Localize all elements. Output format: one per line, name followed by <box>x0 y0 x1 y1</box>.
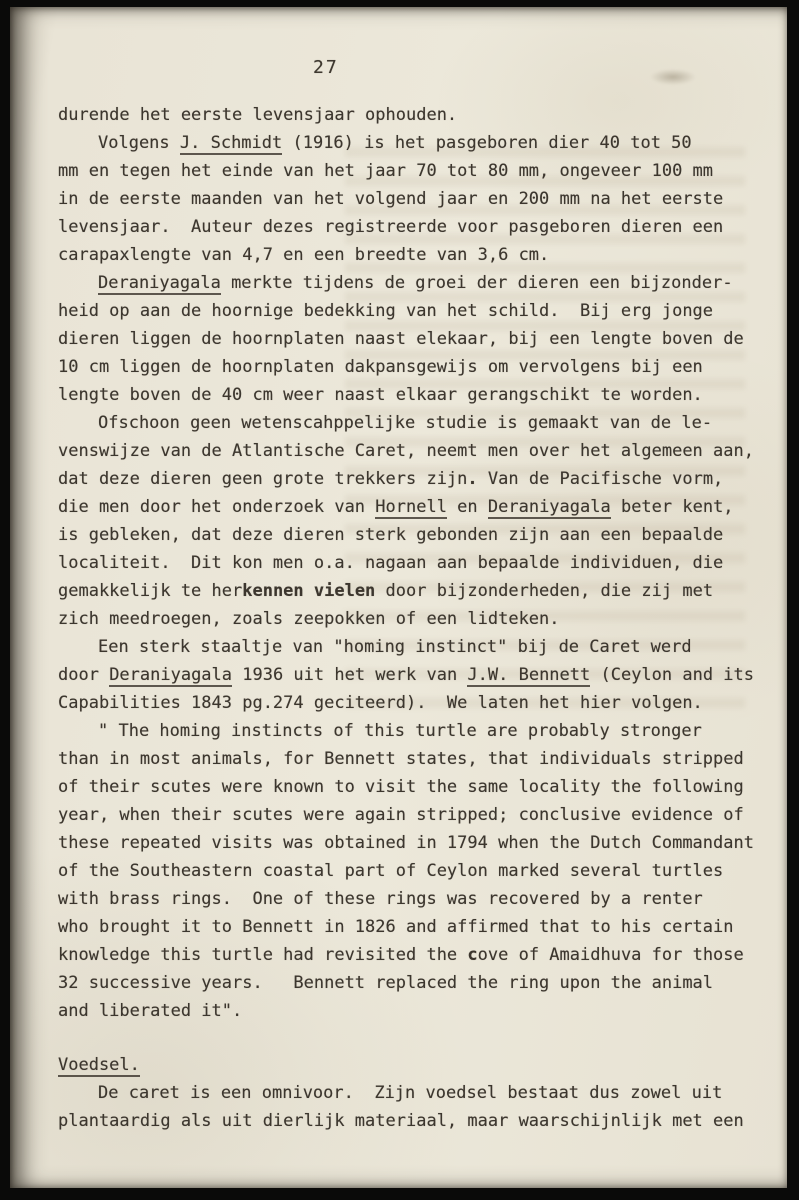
text-line: De caret is een omnivoor. Zijn voedsel b… <box>58 1079 764 1107</box>
text-line: Capabilities 1843 pg.274 geciteerd). We … <box>58 689 764 717</box>
text-line: gemakkelijk te herkennen vielen door bij… <box>58 577 764 605</box>
text-line: plantaardig als uit dierlijk materiaal, … <box>58 1107 764 1135</box>
text-line: who brought it to Bennett in 1826 and af… <box>58 913 764 941</box>
text-line: Deraniyagala merkte tijdens de groei der… <box>58 269 764 297</box>
text-line: mm en tegen het einde van het jaar 70 to… <box>58 157 764 185</box>
text-line: Volgens J. Schmidt (1916) is het pasgebo… <box>58 129 764 157</box>
scan-background: 27 durende het eerste levensjaar ophoude… <box>0 0 799 1200</box>
text-line: year, when their scutes were again strip… <box>58 801 764 829</box>
text-line: of their scutes were known to visit the … <box>58 773 764 801</box>
text-line: dieren liggen de hoornplaten naast eleka… <box>58 325 764 353</box>
text-line: of the Southeastern coastal part of Ceyl… <box>58 857 764 885</box>
text-line: zich meedroegen, zoals zeepokken of een … <box>58 605 764 633</box>
text-line: dat deze dieren geen grote trekkers zijn… <box>58 465 764 493</box>
text-line: Een sterk staaltje van "homing instinct"… <box>58 633 764 661</box>
text-line: venswijze van de Atlantische Caret, neem… <box>58 437 764 465</box>
text-line: is gebleken, dat deze dieren sterk gebon… <box>58 521 764 549</box>
text-line: door Deraniyagala 1936 uit het werk van … <box>58 661 764 689</box>
text-line: than in most animals, for Bennett states… <box>58 745 764 773</box>
text-line: levensjaar. Auteur dezes registreerde vo… <box>58 213 764 241</box>
page-number: 27 <box>313 57 339 78</box>
text-line: with brass rings. One of these rings was… <box>58 885 764 913</box>
text-line: durende het eerste levensjaar ophouden. <box>58 101 764 129</box>
text-line: these repeated visits was obtained in 17… <box>58 829 764 857</box>
text-line: carapaxlengte van 4,7 en een breedte van… <box>58 241 764 269</box>
text-line: localiteit. Dit kon men o.a. nagaan aan … <box>58 549 764 577</box>
text-line: knowledge this turtle had revisited the … <box>58 941 764 969</box>
text-line: in de eerste maanden van het volgend jaa… <box>58 185 764 213</box>
text-line: and liberated it". <box>58 997 764 1025</box>
text-line: lengte boven de 40 cm weer naast elkaar … <box>58 381 764 409</box>
text-line: heid op aan de hoornige bedekking van he… <box>58 297 764 325</box>
paper-stain <box>650 69 696 85</box>
text-line: 32 successive years. Bennett replaced th… <box>58 969 764 997</box>
text-line: Ofschoon geen wetenscahppelijke studie i… <box>58 409 764 437</box>
typewritten-body: durende het eerste levensjaar ophouden.V… <box>58 101 764 1135</box>
text-line: die men door het onderzoek van Hornell e… <box>58 493 764 521</box>
text-line: 10 cm liggen de hoornplaten dakpansgewij… <box>58 353 764 381</box>
text-line: " The homing instincts of this turtle ar… <box>58 717 764 745</box>
document-page: 27 durende het eerste levensjaar ophoude… <box>10 7 787 1188</box>
section-heading-voedsel: Voedsel. <box>58 1051 764 1079</box>
